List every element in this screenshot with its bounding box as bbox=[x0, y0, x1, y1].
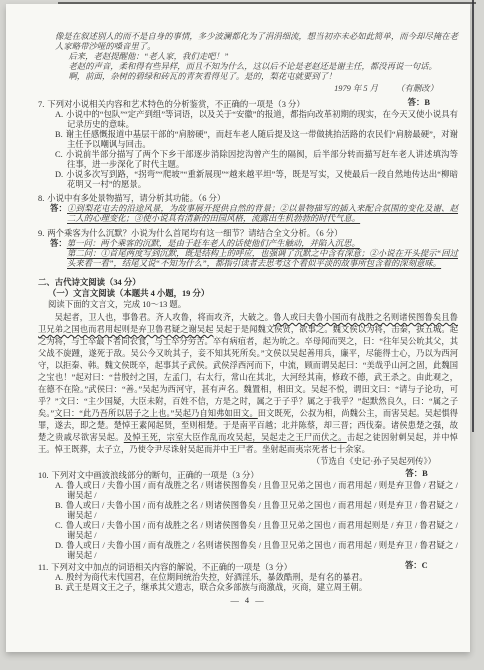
question-8-stem: 8.小说中有多处景物描写，请分析其功能。（6 分） bbox=[38, 194, 458, 204]
question-9-text: 两个乘客为什么沉默？小说为什么首尾均有这一细节？请结合全文分析。（6 分） bbox=[47, 229, 342, 238]
question-8-text: 小说中有多处景物描写，请分析其功能。（6 分） bbox=[47, 194, 225, 203]
story-dialog-2: 老赵的声音，柔和得有些异样，而且不知为什么，这以后不论是老赵还是谢主任，都没再说… bbox=[55, 62, 458, 72]
passage-source: （节选自《史记·孙子吴起列传》） bbox=[38, 456, 458, 468]
question-7: 答：B 7.下列对小说相关内容和艺术特色的分析鉴赏，不正确的一项是（3 分） A… bbox=[38, 100, 458, 190]
scanned-exam-page: 像是在叙述别人的而不是自身的事情，多少波澜都化为了涓涓细流，想当初亦未必如此简单… bbox=[0, 0, 484, 670]
question-7-option-d: D.小说多次写到路，“拐弯”“爬坡”“重新展现”“越来越平坦”等，既是写实，又使… bbox=[38, 170, 458, 190]
passage-underline-1: 文曰：“此乃吾所以居子之上也。”吴起乃自知弗如田文。 bbox=[54, 409, 258, 418]
question-9-written-answer-1: 答：第一问：两个乘客的沉默，是由于赶车老人的话使他们产生触动，并陷入沉思。 bbox=[38, 239, 458, 249]
question-9-written-answer-2: 第二问：①首尾两度写到沉默，既是结构上的呼应，也强调了沉默之中含有深意；②小说在… bbox=[38, 249, 458, 269]
question-10-number: 10. bbox=[38, 471, 48, 480]
question-11-text: 下列对文中加点的词语相关内容的解说，不正确的一项是（3 分） bbox=[51, 563, 292, 572]
question-10-option-a: A.鲁人或曰 / 夫鲁小国 / 而有战胜之名 / 则诸侯图鲁矣 / 且鲁卫兄弟之… bbox=[38, 481, 458, 501]
passage-underline-2: 及悼王死，宗室大臣作乱而攻吴起，吴起走之王尸而伏之。 bbox=[124, 433, 347, 442]
passage-plain-1: 吴起者，卫人也，事鲁君。齐人攻鲁，将而攻齐，大破之。 bbox=[55, 313, 274, 322]
question-11-answer-key: 答：C bbox=[424, 561, 430, 571]
question-10-option-b: B.鲁人或曰 / 夫鲁小国 / 而有战胜之名 / 则诸侯图鲁矣 / 且鲁卫兄弟之… bbox=[38, 501, 458, 521]
question-10-text: 下列对文中画波浪线部分的断句，正确的一项是（3 分） bbox=[51, 471, 258, 480]
question-10-answer-key: 答：B bbox=[424, 469, 430, 479]
page-number: — 4 — bbox=[38, 596, 458, 606]
question-7-number: 7. bbox=[38, 100, 44, 109]
question-8-written-answer: 答：①到梨花屯去的沿途风景，为故事展开提供自然的背景；②以景物描写的插入来配合氛… bbox=[38, 204, 458, 224]
story-edit-note: （有删改） bbox=[396, 84, 438, 93]
question-8-number: 8. bbox=[38, 194, 44, 203]
story-dialog-3: 啊，前面，杂树的碧绿和砖瓦的青灰看得见了。是的，梨花屯就要到了！ bbox=[55, 72, 458, 82]
question-7-option-c: C.小说前半部分描写了两个下乡干部逐步消除因挖沟曾产生的隔阂，后半部分转而描写赶… bbox=[38, 150, 458, 170]
classical-passage: 吴起者，卫人也，事鲁君。齐人攻鲁，将而攻齐，大破之。鲁人或曰夫鲁小国而有战胜之名… bbox=[38, 312, 458, 456]
section-2-instruction: 阅读下面的文言文，完成 10～13 题。 bbox=[48, 299, 458, 310]
question-9-number: 9. bbox=[38, 229, 44, 238]
question-11: 答：C 11.下列对文中加点的词语相关内容的解说，不正确的一项是（3 分） A.… bbox=[38, 563, 458, 593]
question-9-stem: 9.两个乘客为什么沉默？小说为什么首尾均有这一细节？请结合全文分析。（6 分） bbox=[38, 229, 458, 239]
question-10: 答：B 10.下列对文中画波浪线部分的断句，正确的一项是（3 分） A.鲁人或曰… bbox=[38, 471, 458, 561]
section-2-subheading: （一）文言文阅读（本题共 4 小题，19 分） bbox=[48, 288, 458, 299]
question-11-number: 11. bbox=[38, 563, 48, 572]
question-10-option-d: D.鲁人或曰 / 夫鲁小国 / 而有战胜之 / 名则诸侯图鲁矣 / 且鲁卫兄弟之… bbox=[38, 541, 458, 561]
passage-plain-2: 吴起于是闻魏文侯贤，欲事之。魏文侯以为将，击秦，拔五城。起之为将，与士卒最下者同… bbox=[38, 325, 458, 418]
question-10-stem: 答：B 10.下列对文中画波浪线部分的断句，正确的一项是（3 分） bbox=[38, 471, 458, 481]
section-2-heading: 二、古代诗文阅读（34 分） bbox=[38, 277, 458, 288]
scan-edge-right bbox=[472, 0, 474, 432]
paper-sheet: 像是在叙述别人的而不是自身的事情，多少波澜都化为了涓涓细流，想当初亦未必如此简单… bbox=[6, 4, 470, 652]
question-11-option-b: B.武王是周文王之子，继承其父遗志，联合众多部族与商激战，灭商，建立周王朝。 bbox=[38, 583, 458, 593]
page-content: 像是在叙述别人的而不是自身的事情，多少波澜都化为了涓涓细流，想当初亦未必如此简单… bbox=[6, 4, 470, 606]
question-9: 9.两个乘客为什么沉默？小说为什么首尾均有这一细节？请结合全文分析。（6 分） … bbox=[38, 229, 458, 269]
question-10-option-c: C.鲁人或曰 / 夫鲁小国 / 而有战胜之名 / 则诸侯图鲁矣 / 且鲁卫兄弟之… bbox=[38, 521, 458, 541]
story-paragraph: 像是在叙述别人的而不是自身的事情，多少波澜都化为了涓涓细流，想当初亦未必如此简单… bbox=[55, 32, 458, 52]
question-8: 8.小说中有多处景物描写，请分析其功能。（6 分） 答：①到梨花屯去的沿途风景，… bbox=[38, 194, 458, 224]
question-7-stem: 答：B 7.下列对小说相关内容和艺术特色的分析鉴赏，不正确的一项是（3 分） bbox=[38, 100, 458, 110]
question-7-answer-key: 答：B bbox=[421, 98, 430, 108]
question-7-option-a: A.小说中的“包队”“定产到组”等词语，以及关于“安徽”的报道，都指向改革初期的… bbox=[38, 110, 458, 130]
question-11-option-a: A.殷纣为商代末代国君，在位期间统治失控，好酒淫乐，暴敛酷刑，是有名的暴君。 bbox=[38, 573, 458, 583]
story-date: 1979 年 5 月 bbox=[334, 84, 378, 93]
story-byline: 1979 年 5 月 （有删改） bbox=[38, 84, 458, 94]
question-7-text: 下列对小说相关内容和艺术特色的分析鉴赏，不正确的一项是（3 分） bbox=[47, 100, 305, 109]
story-dialog-1: 后来，老赵提醒他：“老人家，我们走吧！” bbox=[55, 52, 458, 62]
question-7-option-b: B.谢主任感慨报道中基层干部的“肩膀硬”，而赶车老人随后提及这一带做挑抬活路的农… bbox=[38, 130, 458, 150]
question-11-stem: 答：C 11.下列对文中加点的词语相关内容的解说，不正确的一项是（3 分） bbox=[38, 563, 458, 573]
